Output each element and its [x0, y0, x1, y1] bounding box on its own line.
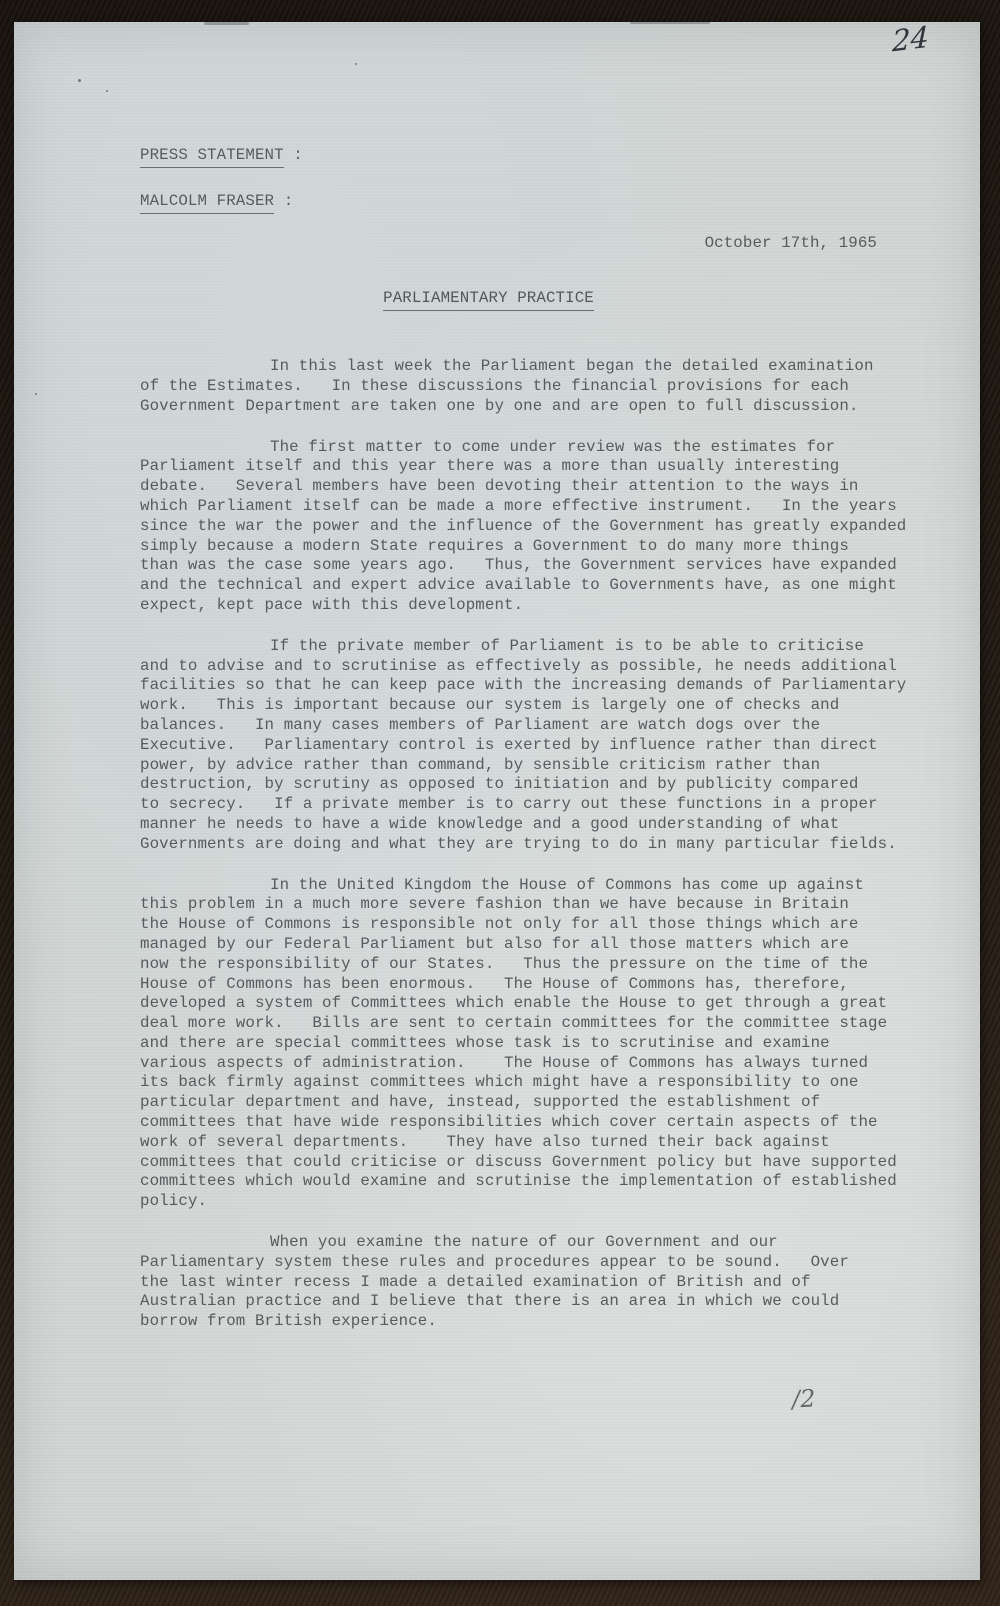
- paragraph-5: When you examine the nature of our Gover…: [140, 1233, 910, 1332]
- date-line: October 17th, 1965: [14, 234, 980, 254]
- press-statement-heading: PRESS STATEMENT :: [140, 146, 980, 168]
- continuation-mark-text: /2: [791, 1384, 816, 1413]
- page-number-text: 24: [892, 20, 929, 59]
- handwritten-page-number: 24: [892, 28, 929, 53]
- document-title-text: PARLIAMENTARY PRACTICE: [383, 289, 594, 311]
- paper-speck: [35, 393, 37, 395]
- continuation-page-mark: /2: [791, 1389, 816, 1410]
- press-statement-colon: :: [284, 146, 303, 164]
- document-title: PARLIAMENTARY PRACTICE: [14, 289, 963, 311]
- document-body: In this last week the Parliament began t…: [14, 357, 910, 1332]
- author-heading: MALCOLM FRASER :: [140, 192, 980, 214]
- photographed-document: { "colors": { "background_fabric": "#241…: [0, 0, 1000, 1606]
- edge-smudge: [630, 22, 710, 24]
- author-label: MALCOLM FRASER: [140, 192, 274, 214]
- press-statement-label: PRESS STATEMENT: [140, 146, 284, 168]
- paragraph-4: In the United Kingdom the House of Commo…: [140, 876, 910, 1213]
- document-page: 24 PRESS STATEMENT : MALCOLM FRASER : Oc…: [14, 22, 980, 1580]
- paper-speck: [106, 90, 108, 92]
- paper-speck: [78, 79, 81, 82]
- paragraph-3: If the private member of Parliament is t…: [140, 637, 910, 855]
- paper-speck: [355, 63, 357, 65]
- date-text: October 17th, 1965: [705, 234, 877, 252]
- edge-smudge: [204, 22, 249, 25]
- paragraph-2: The first matter to come under review wa…: [140, 438, 910, 616]
- paragraph-1: In this last week the Parliament began t…: [140, 357, 910, 416]
- author-colon: :: [274, 192, 293, 210]
